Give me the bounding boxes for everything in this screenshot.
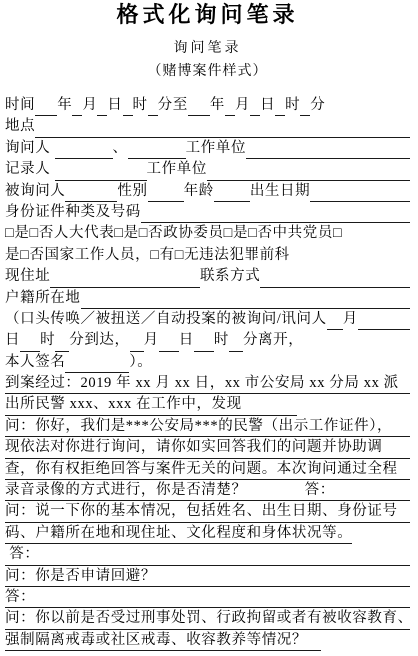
blank-field — [50, 266, 200, 287]
line-text: 答： — [5, 544, 39, 565]
answer-3-line: 答： — [5, 587, 410, 608]
line-text: 询问人 — [5, 138, 55, 159]
blank-field — [225, 95, 235, 116]
blank-field — [55, 138, 113, 159]
blank-field — [310, 181, 410, 202]
document-title: 格式化询问笔录 — [5, 2, 410, 28]
line-text: 现住址 — [5, 266, 50, 287]
line-text: 出生日期 — [250, 181, 310, 202]
line-text: 强制隔离戒毒或社区戒毒、收容教养等情况？ — [5, 630, 307, 651]
line-text: 出所民警 xxx、xxx 在工作中，发现 — [5, 394, 242, 415]
line-text: 月 — [144, 330, 159, 351]
blank-field — [327, 309, 343, 330]
line-text: 时间 — [5, 95, 35, 116]
blank-field — [358, 309, 410, 330]
line-text: 本人签名 — [5, 352, 65, 373]
line-text: 性别 — [117, 181, 147, 202]
line-spacer — [303, 330, 410, 351]
question-1-line-3: 查，你有权拒绝回答与案件无关的问题。本次询问通过全程 — [5, 459, 410, 480]
line-text: 日 — [5, 330, 20, 351]
line-text: 查，你有权拒绝回答与案件无关的问题。本次询问通过全程 — [5, 459, 398, 480]
line-text: 是□否国家工作人员，□有□无违法犯罪前科 — [5, 245, 290, 266]
blank-field — [128, 138, 186, 159]
blank-field — [247, 480, 305, 501]
blank-field — [229, 330, 243, 351]
blank-field — [159, 330, 179, 351]
summon-line-1: （口头传唤／被扭送／自动投案的被询问/讯问人月 — [5, 309, 410, 330]
blank-field — [194, 330, 214, 351]
blank-field — [307, 630, 321, 651]
checkbox-line-1: □是□否人大代表□是□否政协委员□是□否中共党员□ — [5, 223, 410, 244]
line-text: 到案经过：2019 年 xx 月 xx 日，xx 市公安局 xx 分局 xx 派 — [5, 373, 399, 394]
blank-field — [35, 587, 410, 608]
question-1-line-1: 问：你好，我们是***公安局***的民警（出示工作证件）， — [5, 416, 410, 437]
line-text: 年龄 — [184, 181, 214, 202]
blank-field — [123, 95, 133, 116]
line-text: 分到达， — [69, 330, 129, 351]
line-text: 问：说一下你的基本情况，包括姓名、出生日期、身份证号 — [5, 501, 398, 522]
blank-field — [148, 181, 184, 202]
blank-field — [246, 138, 410, 159]
document-subtitle: 询问笔录 — [5, 40, 410, 58]
blank-field — [260, 266, 410, 287]
arrival-process-line-2: 出所民警 xxx、xxx 在工作中，发现 — [5, 394, 410, 415]
blank-field — [130, 330, 144, 351]
line-text: 分至 — [158, 95, 188, 116]
blank-field — [398, 501, 410, 522]
question-2-line-2: 码、户籍所在地和现住址、文化程度和身体状况等。 — [5, 523, 410, 544]
line-text: 月 — [235, 95, 250, 116]
blank-field — [214, 181, 250, 202]
line-text: 现依法对你进行询问，请你如实回答我们的问题并协助调 — [5, 437, 383, 458]
blank-field — [250, 95, 260, 116]
blank-field — [65, 181, 117, 202]
blank-field — [55, 330, 69, 351]
current-address-line: 现住址联系方式 — [5, 266, 410, 287]
line-spacer — [352, 523, 410, 544]
blank-field — [148, 95, 158, 116]
line-text: 答： — [305, 480, 335, 501]
arrival-process-line-1: 到案经过：2019 年 xx 月 xx 日，xx 市公安局 xx 分局 xx 派 — [5, 373, 410, 394]
line-text: 录音录像的方式进行，你是否清楚？ — [5, 480, 247, 501]
line-text: 问：你好，我们是***公安局***的民警（出示工作证件）， — [5, 416, 392, 437]
id-document-line: 身份证件种类及号码 — [5, 202, 410, 223]
question-4-line-1: 问：你以前是否受过刑事处罚、行政拘留或者有被收容教育、 — [5, 608, 410, 629]
household-registration-line: 户籍所在地 — [5, 288, 410, 309]
line-text: 问：你是否申请回避？ — [5, 566, 156, 587]
line-text: 被询问人 — [5, 181, 65, 202]
line-text: 时 — [285, 95, 300, 116]
line-text: 年 — [57, 95, 72, 116]
line-text: ）。 — [129, 352, 152, 373]
signature-line: 本人签名）。 — [5, 352, 410, 373]
blank-field — [55, 159, 147, 180]
line-text: 分 — [310, 95, 325, 116]
blank-field — [300, 95, 310, 116]
blank-field — [392, 416, 410, 437]
summon-line-2: 日时分到达，月日时分离开， — [5, 330, 410, 351]
blank-field — [81, 288, 411, 309]
line-text: 身份证件种类及号码 — [5, 202, 141, 223]
blank-field — [141, 202, 410, 223]
blank-field — [39, 544, 410, 565]
line-text: 日 — [260, 95, 275, 116]
blank-field — [242, 394, 297, 415]
line-text: 答： — [5, 587, 35, 608]
line-text: 月 — [343, 309, 358, 330]
line-text: 问：你以前是否受过刑事处罚、行政拘留或者有被收容教育、 — [5, 608, 410, 629]
question-3-line: 问：你是否申请回避？ — [5, 566, 410, 587]
document-case-type-subtitle: （赌博案件样式） — [5, 63, 410, 81]
document-page: 格式化询问笔录 询问笔录 （赌博案件样式） 时间年月日时分至年月日时分地点询问人… — [0, 0, 418, 656]
blank-field — [188, 95, 210, 116]
blank-field — [97, 95, 107, 116]
blank-field — [398, 459, 410, 480]
line-spacer — [152, 352, 410, 373]
blank-field — [35, 116, 410, 137]
line-text: 分离开， — [243, 330, 303, 351]
blank-field — [207, 159, 410, 180]
line-text: 时 — [214, 330, 229, 351]
line-spacer — [321, 630, 410, 651]
line-text: 时 — [40, 330, 55, 351]
line-text: 地点 — [5, 116, 35, 137]
line-text: 户籍所在地 — [5, 288, 81, 309]
time-line: 时间年月日时分至年月日时分 — [5, 95, 410, 116]
blank-field — [383, 437, 411, 458]
line-text: 日 — [107, 95, 122, 116]
blank-field — [65, 352, 129, 373]
line-text: 年 — [210, 95, 225, 116]
line-text: 时 — [133, 95, 148, 116]
line-text: 月 — [82, 95, 97, 116]
blank-field — [335, 480, 410, 501]
checkbox-line-2: 是□否国家工作人员，□有□无违法犯罪前科 — [5, 245, 410, 266]
line-text: 工作单位 — [147, 159, 207, 180]
question-2-line-1: 问：说一下你的基本情况，包括姓名、出生日期、身份证号 — [5, 501, 410, 522]
blank-field — [156, 566, 410, 587]
question-1-line-4: 录音录像的方式进行，你是否清楚？答： — [5, 480, 410, 501]
line-text: 日 — [179, 330, 194, 351]
interrogator-line: 询问人 、工作单位 — [5, 138, 410, 159]
interviewee-line: 被询问人性别年龄出生日期 — [5, 181, 410, 202]
answer-2-line: 答： — [5, 544, 410, 565]
line-text: （口头传唤／被扭送／自动投案的被询问/讯问人 — [5, 309, 327, 330]
blank-field — [20, 330, 40, 351]
blank-field — [35, 95, 57, 116]
line-spacer — [297, 394, 410, 415]
document-body: 时间年月日时分至年月日时分地点询问人 、工作单位记录人 工作单位被询问人性别年龄… — [5, 95, 410, 651]
location-line: 地点 — [5, 116, 410, 137]
line-text: 记录人 — [5, 159, 55, 180]
blank-field — [275, 95, 285, 116]
blank-field — [72, 95, 82, 116]
recorder-line: 记录人 工作单位 — [5, 159, 410, 180]
question-4-line-2: 强制隔离戒毒或社区戒毒、收容教养等情况？ — [5, 630, 410, 651]
line-text: □是□否人大代表□是□否政协委员□是□否中共党员□ — [5, 223, 342, 244]
line-text: 码、户籍所在地和现住址、文化程度和身体状况等。 — [5, 523, 352, 544]
question-1-line-2: 现依法对你进行询问，请你如实回答我们的问题并协助调 — [5, 437, 410, 458]
line-text: 、 — [113, 138, 128, 159]
line-text: 联系方式 — [200, 266, 260, 287]
line-text: 工作单位 — [186, 138, 246, 159]
blank-field — [399, 373, 410, 394]
